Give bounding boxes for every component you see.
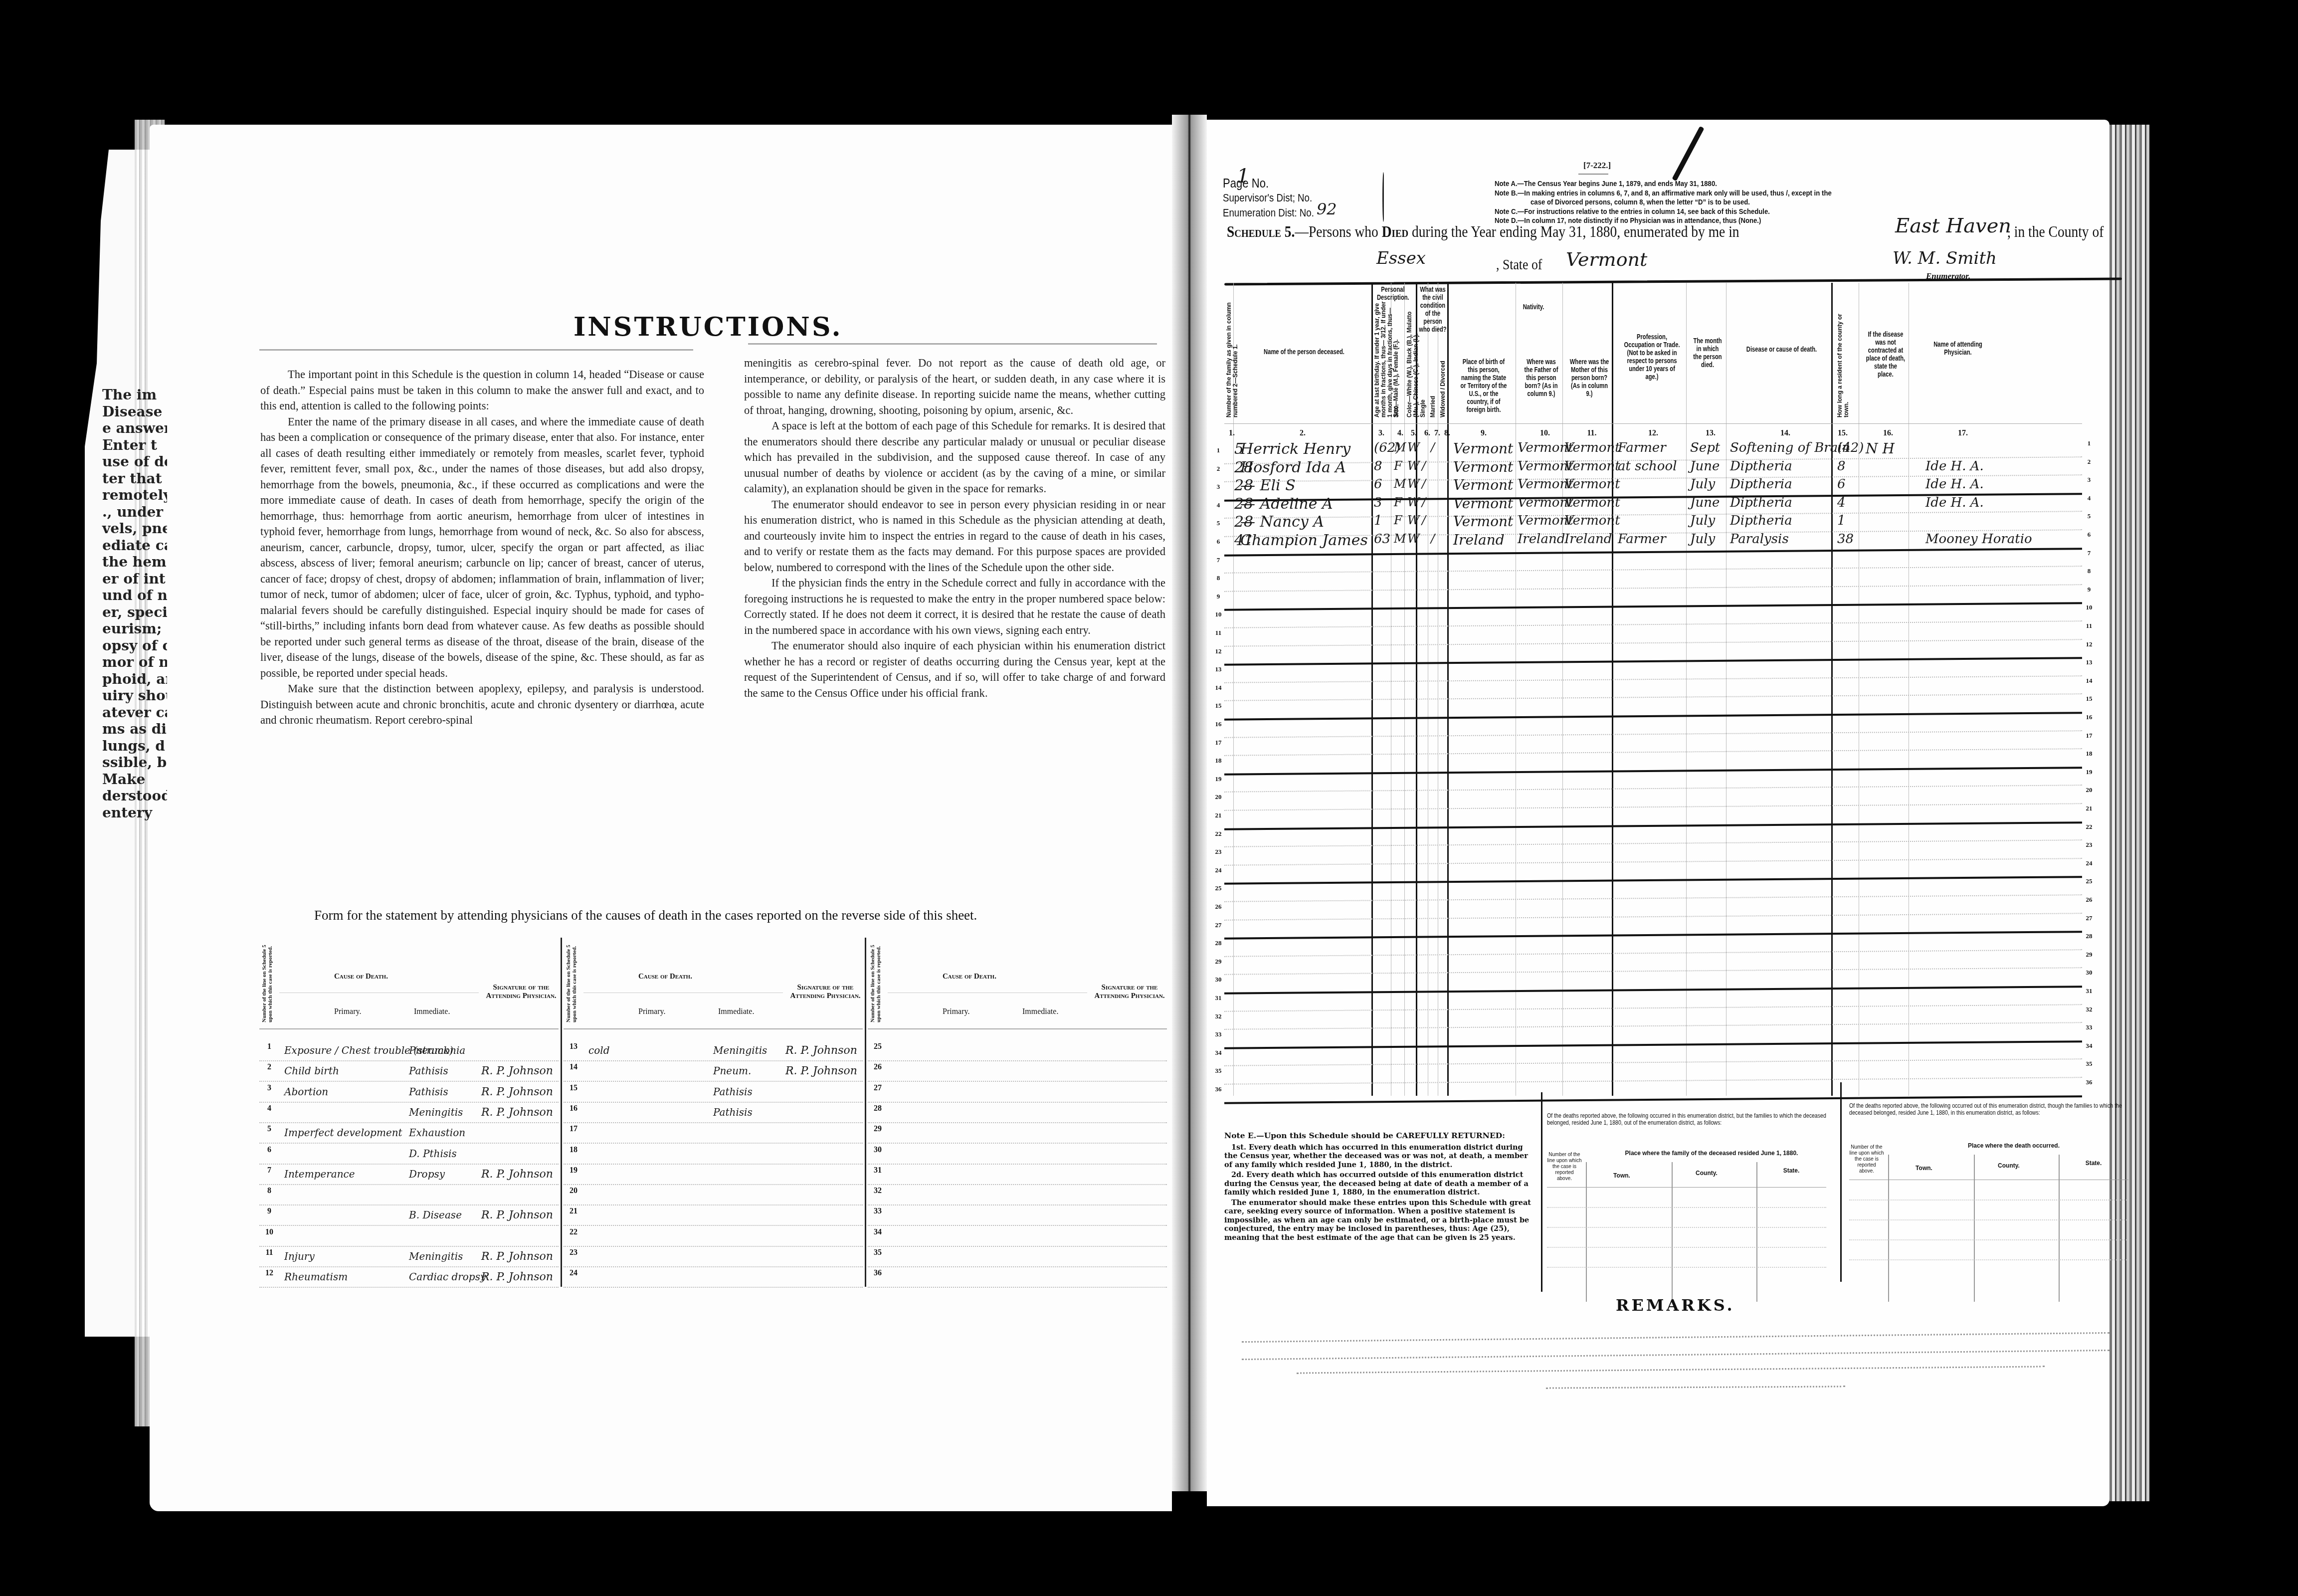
column-header-c10: Where was the Father of this person born… (1523, 358, 1560, 398)
cell-birthplace: Vermont (1453, 477, 1513, 493)
cell-sex: M (1394, 477, 1406, 491)
line-number: 33 (868, 1207, 888, 1216)
cell-residence: 8 (1837, 459, 1846, 474)
row-divider (1224, 803, 2082, 811)
supervisor-dist-label: Supervisor's Dist; No. (1223, 192, 1312, 204)
row-divider (1224, 566, 2082, 574)
cell-married: / (1431, 440, 1435, 454)
bracket (1382, 172, 1384, 222)
column-header-c15: How long a resident of the county or tow… (1837, 298, 1851, 417)
cell-single: / (1422, 495, 1426, 509)
line-number: 26 (868, 1063, 888, 1072)
row-divider (1849, 1219, 2128, 1220)
line-number-left: 28 (1213, 939, 1223, 947)
underlying-page-line: vels, pneu (102, 520, 167, 537)
cell-name: — Eli S (1240, 477, 1296, 494)
column-divider (1831, 283, 1833, 1096)
line-number-right: 28 (2084, 932, 2094, 940)
underlying-page-line: ms as di (102, 721, 167, 737)
cell-birthplace: Vermont (1453, 459, 1513, 475)
immediate-cause: B. Disease (409, 1209, 462, 1221)
underlying-page-line: eurism; c (102, 620, 167, 637)
table-row: 41Champion James63MW/IrelandIrelandIrela… (1224, 532, 2082, 550)
cell-age: 8 (1374, 459, 1382, 474)
line-number-left: 21 (1213, 811, 1223, 819)
page-no-value: 1 (1237, 165, 1249, 188)
column-divider (561, 938, 562, 1287)
column-divider (1586, 1162, 1587, 1302)
row-group-divider (1224, 657, 2082, 666)
column-number: 1. (1224, 429, 1239, 438)
line-number-right: 30 (2084, 969, 2094, 977)
line-number: 19 (564, 1166, 583, 1175)
cell-physician: Ide H. A. (1925, 477, 1984, 492)
cell-age: 6 (1374, 477, 1382, 492)
row-group-divider (1224, 876, 2082, 885)
column-number: 8. (1440, 429, 1455, 438)
primary-cause: Child birth (284, 1065, 339, 1077)
state-header: State. (1776, 1167, 1806, 1174)
line-number-right: 13 (2084, 658, 2094, 666)
column-header-c2: Name of the person deceased. (1252, 348, 1356, 356)
primary-label: Primary. (334, 1007, 362, 1016)
line-number-left: 4 (1213, 501, 1223, 509)
line-number-right: 2 (2084, 458, 2094, 466)
cell-name: — Adeline A (1240, 495, 1333, 513)
cause-of-death-header: Cause of Death. (943, 973, 996, 981)
column-number: 3. (1374, 429, 1389, 438)
column-number: 5. (1406, 429, 1421, 438)
schedule-note: case of Divorced persons, column 8, when… (1531, 198, 1750, 207)
underlying-page-line: lungs, d (102, 738, 165, 754)
cell-married: / (1431, 532, 1435, 546)
divider (259, 349, 693, 351)
line-number-left: 34 (1213, 1049, 1223, 1057)
cell-residence: 38 (1837, 532, 1854, 547)
column-header-c16: If the disease was not contracted at pla… (1866, 330, 1906, 378)
town-value: East Haven (1895, 214, 2011, 237)
physician-signature: R. P. Johnson (481, 1086, 553, 1098)
underlying-page-line: phoid, an (102, 671, 167, 687)
cell-month: July (1690, 532, 1715, 547)
line-number-left: 6 (1213, 538, 1223, 546)
cell-name: Herrick Henry (1240, 440, 1350, 458)
cell-residence: 1 (1837, 513, 1846, 528)
row-divider (1224, 584, 2082, 592)
line-number-left: 12 (1213, 647, 1223, 655)
column-number: 4. (1393, 429, 1408, 438)
line-number-left: 29 (1213, 958, 1223, 966)
cell-birthplace: Vermont (1453, 495, 1513, 512)
enumeration-dist-label: Enumeration Dist: No. (1223, 206, 1314, 219)
underlying-page-text: The imDisease ore answer fEnter tuse of … (97, 387, 167, 835)
column-guide (1686, 283, 1687, 1096)
row-divider (1224, 1077, 2082, 1085)
column-header-c6: Single (1420, 298, 1429, 417)
divider (868, 1028, 1167, 1029)
cell-mother-birthplace: Vermont (1564, 495, 1620, 510)
underlying-page-line: ssible, be (102, 754, 167, 771)
line-number: 1 (259, 1042, 279, 1051)
line-number-left: 5 (1213, 519, 1223, 527)
cell-residence: 6 (1837, 477, 1846, 492)
cell-single: / (1422, 459, 1426, 473)
row-group-divider (1224, 986, 2082, 995)
column-header-c8: Widowed / Divorced (1440, 298, 1450, 417)
physician-signature: R. P. Johnson (481, 1168, 553, 1181)
column-header-c4: Sex—Male (M.), Female (F.). (1393, 298, 1405, 417)
underlying-page-line: ter that al (102, 470, 167, 487)
row-group-divider (1224, 767, 2082, 776)
line-number-right: 21 (2084, 804, 2094, 812)
cell-single: / (1422, 477, 1426, 491)
row-divider (1547, 1207, 1826, 1208)
line-number-right: 14 (2084, 677, 2094, 685)
column-number: 15. (1835, 429, 1850, 438)
schedule-title-text: —Persons who (1295, 222, 1381, 240)
physician-form-title: Form for the statement by attending phys… (314, 908, 977, 923)
immediate-label: Immediate. (718, 1007, 754, 1016)
row-divider (1224, 639, 2082, 647)
immediate-cause: Pneum. (713, 1065, 751, 1077)
book-gutter (1172, 115, 1207, 1491)
cell-physician: Ide H. A. (1925, 495, 1984, 510)
line-number-left: 20 (1213, 793, 1223, 801)
table-row: 24 (564, 1264, 863, 1288)
schedule-note: Note C.—For instructions relative to the… (1495, 207, 1770, 216)
line-number: 2 (259, 1063, 279, 1072)
table-row: 12RheumatismCardiac dropsyR. P. Johnson (259, 1264, 559, 1288)
cell-age: 1 (1374, 513, 1382, 528)
schedule-note: Note A.—The Census Year begins June 1, 1… (1495, 180, 1717, 189)
immediate-cause: Meningitis (409, 1250, 463, 1262)
schedule-title: Schedule 5.—Persons who Died during the … (1227, 222, 1739, 241)
line-number-right: 3 (2084, 476, 2094, 484)
column-header-c7: Married (1430, 298, 1439, 417)
county-header: County. (1692, 1170, 1722, 1177)
physician-signature: R. P. Johnson (785, 1065, 857, 1077)
underlying-page-line: opsy of ch (102, 637, 167, 654)
line-number-left: 25 (1213, 884, 1223, 892)
line-number: 21 (564, 1207, 583, 1216)
cell-mother-birthplace: Ireland (1564, 532, 1612, 547)
column-guide (1726, 283, 1726, 1096)
line-number-left: 14 (1213, 684, 1223, 692)
cell-month: Sept (1690, 440, 1720, 455)
divider (748, 343, 1157, 345)
line-number-right: 7 (2084, 549, 2094, 557)
town-header: Town. (1909, 1165, 1939, 1172)
note-e-paragraph: 2d. Every death which has occurred outsi… (1224, 1171, 1533, 1197)
schedule-note: Note B.—In making entries in columns 6, … (1495, 189, 1832, 198)
instructions-column-2: meningitis as cerebro-spinal fever. Do n… (744, 355, 1165, 701)
divider (1578, 174, 1608, 175)
underlying-page-line: ediate cau (102, 537, 167, 554)
line-number-right: 29 (2084, 951, 2094, 959)
schedule-title-text-2: during the Year ending May 31, 1880, enu… (1408, 222, 1739, 240)
column-header-c5: Color—White (W.), Black (B.), Mulatto (M… (1406, 298, 1419, 417)
table-intro: Of the deaths reported above, the follow… (1547, 1112, 1827, 1126)
column-divider (1756, 1162, 1757, 1302)
column-guide (1562, 283, 1563, 1096)
cell-sex: F (1394, 513, 1402, 527)
row-divider (1224, 694, 2082, 702)
line-number-right: 18 (2084, 750, 2094, 758)
cell-disease-place: N H (1866, 440, 1895, 457)
schedule-title-died: Died (1382, 222, 1409, 240)
cell-month: July (1690, 477, 1715, 492)
cell-sex: F (1394, 459, 1402, 473)
divider (259, 1028, 559, 1029)
row-group-divider (1224, 712, 2082, 721)
line-number-left: 35 (1213, 1067, 1223, 1075)
instruction-paragraph: Enter the name of the primary disease in… (260, 414, 704, 681)
line-number: 29 (868, 1125, 888, 1134)
line-number-right: 19 (2084, 768, 2094, 776)
underlying-page-line: und of ne (102, 587, 167, 603)
cell-sex: F (1394, 495, 1402, 509)
line-number: 4 (259, 1104, 279, 1113)
note-e-paragraph: The enumerator should make these entries… (1224, 1198, 1533, 1242)
line-number: 24 (564, 1269, 583, 1278)
column-header-c13: The month in which the person died. (1692, 337, 1723, 369)
table-row: 28— Eli S6MW/VermontVermontVermontJulyDi… (1224, 477, 2082, 495)
cell-sex: M (1394, 532, 1406, 546)
line-number: 14 (564, 1063, 583, 1072)
cell-color: W (1407, 459, 1420, 473)
line-number: 36 (868, 1269, 888, 1278)
divider (279, 993, 479, 993)
underlying-page-line: Disease or (102, 403, 167, 420)
line-number-right: 16 (2084, 713, 2094, 721)
row-group-divider (1224, 931, 2082, 940)
line-number: 30 (868, 1146, 888, 1155)
line-number-right: 31 (2084, 987, 2094, 995)
line-number-left: 7 (1213, 556, 1223, 564)
column-divider (1888, 1155, 1889, 1302)
physician-signature: R. P. Johnson (785, 1044, 857, 1057)
column-number: 10. (1537, 429, 1552, 438)
line-number: 13 (564, 1042, 583, 1051)
line-number: 27 (868, 1084, 888, 1093)
line-number-left: 11 (1213, 629, 1223, 637)
instructions-title: INSTRUCTIONS. (574, 312, 843, 342)
row-divider (1224, 620, 2082, 628)
line-number-right: 23 (2084, 841, 2094, 849)
immediate-cause: Pneumonia (409, 1044, 465, 1056)
line-number-left: 10 (1213, 610, 1223, 618)
line-number-left: 18 (1213, 757, 1223, 765)
column-divider (1672, 1162, 1673, 1302)
column-divider (1974, 1155, 1975, 1302)
column-divider (2059, 1155, 2060, 1302)
column-number: 17. (1955, 429, 1970, 438)
underlying-page-line: derstood. (102, 788, 167, 804)
county-label: , in the County of (2007, 222, 2104, 241)
line-number-left: 33 (1213, 1030, 1223, 1038)
column-header-c17: Name of attending Physician. (1920, 340, 1996, 356)
line-number-left: 22 (1213, 830, 1223, 838)
line-number: 12 (259, 1269, 279, 1278)
instruction-paragraph: meningitis as cerebro-spinal fever. Do n… (744, 355, 1165, 418)
signature-header: Signature of the Attending Physician. (481, 984, 561, 1000)
cell-single: / (1422, 513, 1426, 527)
column-header-c11: Where was the Mother of this person born… (1569, 358, 1609, 398)
divider (1547, 1187, 1826, 1188)
immediate-cause: Pathisis (409, 1065, 448, 1077)
town-header: Town. (1607, 1172, 1637, 1179)
line-number-right: 20 (2084, 786, 2094, 794)
divider (888, 993, 1087, 993)
table-row: 28Hosford Ida A8FW/VermontVermontVermont… (1224, 459, 2082, 477)
column-guide (1859, 283, 1859, 1096)
column-header-c1: Number of the family as given in column … (1226, 298, 1236, 417)
cell-occupation: at school (1618, 459, 1677, 474)
column-header-c12: Profession, Occupation or Trade. (Not to… (1623, 333, 1681, 381)
place-header: Place where the family of the deceased r… (1592, 1150, 1831, 1157)
cell-name: Champion James (1240, 532, 1368, 549)
enumerator-name: W. M. Smith (1893, 248, 1997, 268)
column-number: 2. (1295, 429, 1310, 438)
line-number: 6 (259, 1146, 279, 1155)
line-number-right: 32 (2084, 1005, 2094, 1013)
out-of-district-tables: Of the deaths reported above, the follow… (1541, 1092, 2134, 1302)
signature-header: Signature of the Attending Physician. (1090, 984, 1169, 1000)
physician-signature: R. P. Johnson (481, 1065, 553, 1077)
cell-cause: Diptheria (1730, 513, 1792, 528)
row-divider (1224, 748, 2082, 756)
column-guide (1516, 283, 1516, 1096)
line-number-left: 2 (1213, 465, 1223, 473)
column-divider (1612, 283, 1613, 1096)
cell-residence: 4 (1837, 495, 1846, 510)
note-e: Note E.—Upon this Schedule should be CAR… (1224, 1131, 1533, 1243)
instruction-paragraph: The enumerator should endeavor to see in… (744, 497, 1165, 576)
line-number-right: 35 (2084, 1060, 2094, 1068)
signature-header: Signature of the Attending Physician. (785, 984, 865, 1000)
cell-mother-birthplace: Vermont (1564, 459, 1620, 474)
underlying-page-line: mor of n (102, 654, 167, 670)
immediate-cause: Meningitis (409, 1106, 463, 1118)
line-number-left: 27 (1213, 921, 1223, 929)
cause-of-death-header: Cause of Death. (334, 973, 388, 981)
row-divider (1224, 858, 2082, 866)
enumeration-dist-value: 92 (1317, 199, 1337, 218)
cell-month: July (1690, 513, 1715, 528)
column-header-c9: Place of birth of this person, naming th… (1458, 358, 1510, 413)
row-divider (1224, 675, 2082, 683)
column-number: 13. (1703, 429, 1718, 438)
line-number-left: 17 (1213, 739, 1223, 747)
line-number-right: 1 (2084, 439, 2094, 447)
line-number-left: 1 (1213, 446, 1223, 454)
cell-color: W (1407, 477, 1420, 491)
line-number-left: 15 (1213, 702, 1223, 710)
primary-cause: Injury (284, 1250, 315, 1262)
column-number: 14. (1778, 429, 1793, 438)
cell-birthplace: Ireland (1453, 532, 1505, 548)
line-number: 10 (259, 1228, 279, 1237)
column-header-c3: Age at last birthday. If under 1 year, g… (1374, 298, 1392, 417)
primary-cause: Imperfect development (284, 1127, 402, 1139)
line-number-header: Number of the line on Schedule 5 upon wh… (261, 943, 291, 1022)
column-number: 16. (1881, 429, 1896, 438)
line-header: Number of the line upon which the case i… (1849, 1145, 1884, 1175)
column-number: 9. (1476, 429, 1491, 438)
cell-age: 63 (1374, 532, 1390, 547)
cell-birthplace: Vermont (1453, 513, 1513, 530)
line-number-left: 31 (1213, 994, 1223, 1002)
line-number-left: 19 (1213, 775, 1223, 783)
column-header-nativity: Nativity. (1510, 303, 1557, 311)
column-divider (1840, 1082, 1842, 1282)
line-number-left: 32 (1213, 1012, 1223, 1020)
row-divider (1547, 1247, 1826, 1248)
cell-cause: Diptheria (1730, 477, 1792, 492)
line-number-left: 16 (1213, 720, 1223, 728)
immediate-cause: Pathisis (409, 1086, 448, 1098)
physician-signature: R. P. Johnson (481, 1209, 553, 1221)
line-number-right: 5 (2084, 512, 2094, 520)
underlying-page-line: remotely (102, 487, 167, 503)
row-group-divider (1224, 821, 2082, 830)
physician-signature: R. P. Johnson (481, 1106, 553, 1119)
header-divider (1224, 423, 2082, 424)
underlying-page-line: Make (102, 771, 145, 788)
column-divider (1371, 283, 1373, 1096)
line-number: 17 (564, 1125, 583, 1134)
cell-sex: M (1394, 440, 1406, 454)
line-number-left: 24 (1213, 866, 1223, 874)
line-number-right: 27 (2084, 914, 2094, 922)
row-divider (1849, 1259, 2128, 1260)
immediate-cause: Pathisis (713, 1086, 753, 1098)
instructions-column-1: The important point in this Schedule is … (260, 367, 704, 728)
line-number: 18 (564, 1146, 583, 1155)
form-number: [7-222.] (1583, 161, 1611, 171)
schedule-number: Schedule 5. (1227, 222, 1295, 240)
row-divider (1224, 785, 2082, 793)
cell-color: W (1407, 440, 1420, 454)
instruction-paragraph: Make sure that the distinction between a… (260, 681, 704, 728)
cell-age: 3 (1374, 495, 1382, 510)
line-number-right: 4 (2084, 494, 2094, 502)
line-number-left: 3 (1213, 483, 1223, 491)
cell-physician: Ide H. A. (1925, 459, 1984, 474)
underlying-page-line: er of int (102, 571, 166, 587)
row-divider (1224, 1059, 2082, 1067)
row-divider (1224, 968, 2082, 976)
instruction-paragraph: A space is left at the bottom of each pa… (744, 418, 1165, 497)
cell-cause: Softening of Brain (1730, 440, 1850, 455)
line-number: 8 (259, 1187, 279, 1196)
line-number: 15 (564, 1084, 583, 1093)
column-divider (865, 938, 866, 1287)
primary-cause: Rheumatism (284, 1271, 348, 1283)
county-value: Essex (1376, 248, 1426, 268)
cell-color: W (1407, 513, 1420, 527)
row-divider (1224, 949, 2082, 957)
line-number-left: 13 (1213, 665, 1223, 673)
underlying-page-line: uiry shou (102, 687, 167, 704)
cell-mother-birthplace: Vermont (1564, 513, 1620, 528)
line-number-left: 8 (1213, 574, 1223, 582)
line-number-left: 9 (1213, 593, 1223, 600)
immediate-cause: D. Pthisis (409, 1148, 457, 1160)
mortality-schedule-table: Number of the family as given in column … (1224, 283, 2122, 1096)
line-header: Number of the line upon which the case i… (1547, 1152, 1582, 1182)
row-divider (1224, 1022, 2082, 1030)
